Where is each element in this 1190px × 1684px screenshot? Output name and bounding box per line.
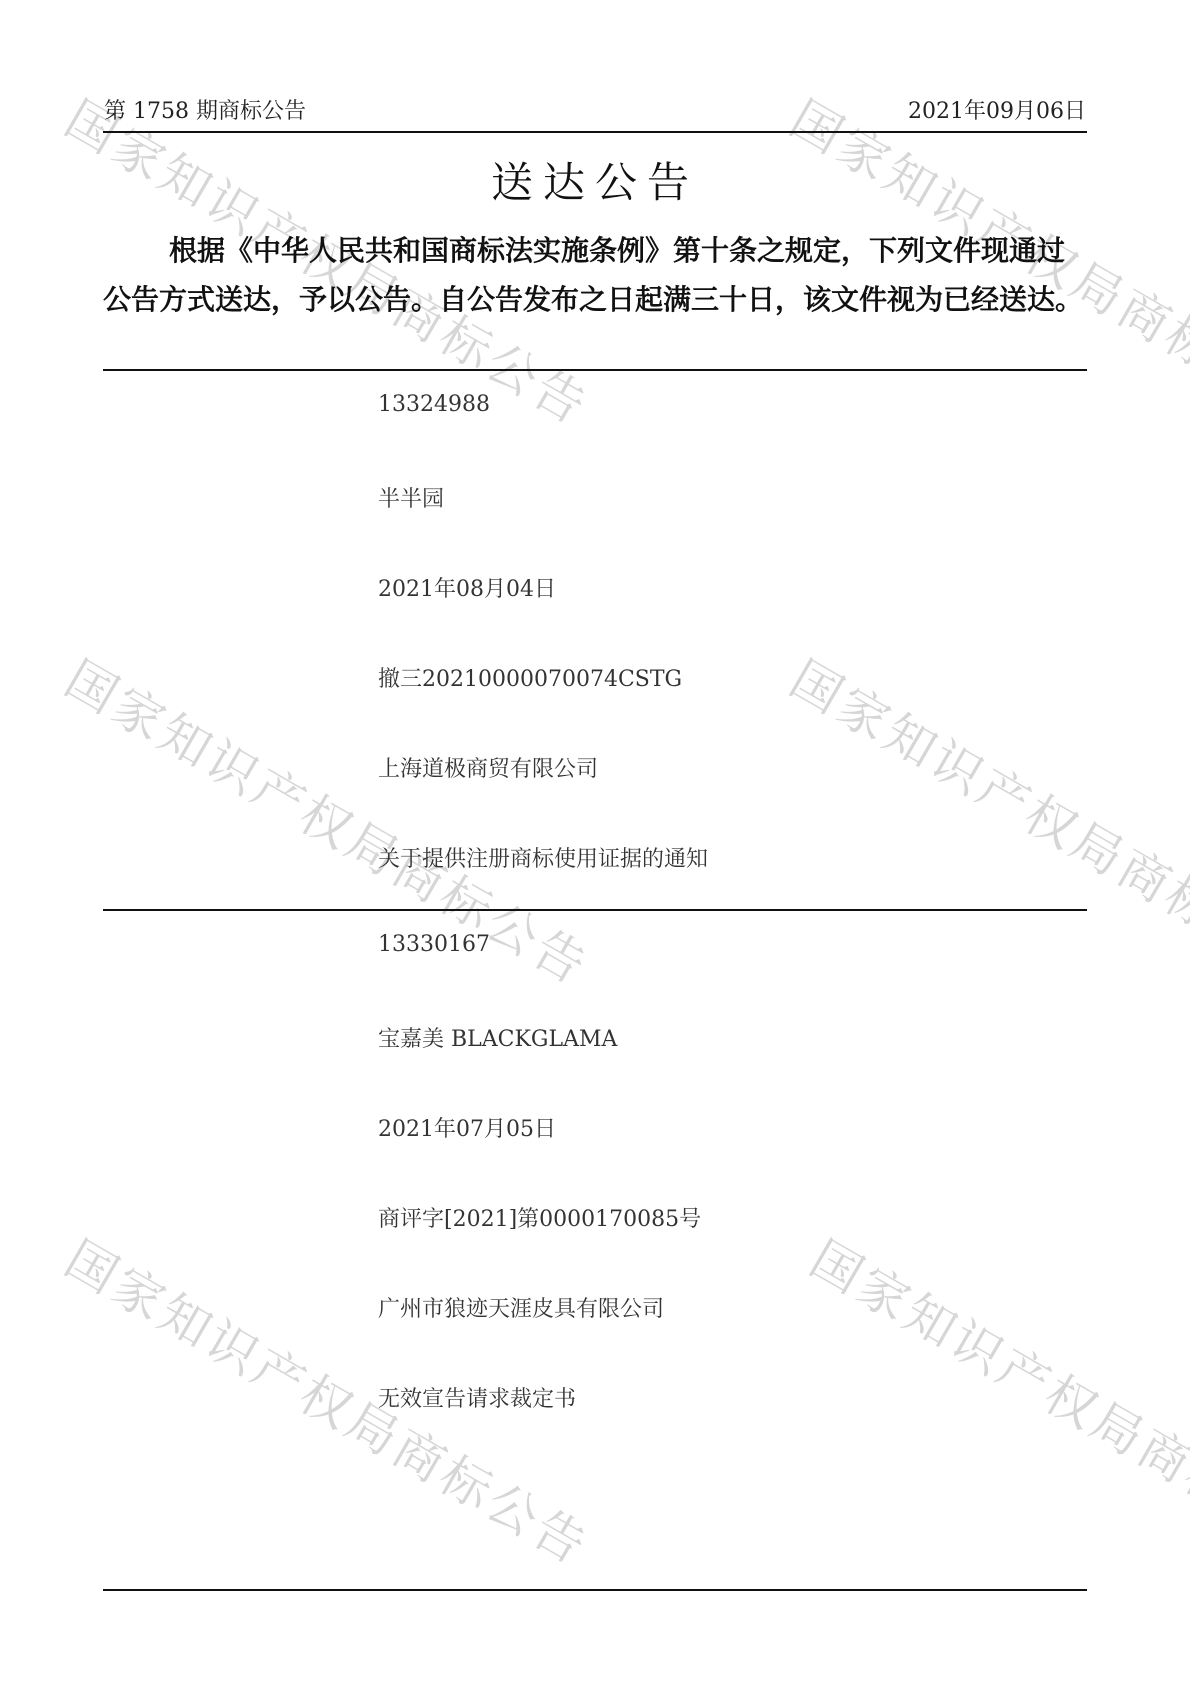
value: 无效宣告请求裁定书 — [378, 1382, 576, 1413]
watermark: 国家知识产权局商标公告 — [779, 640, 1190, 999]
value: 上海道极商贸有限公司 — [378, 752, 598, 783]
value: 关于提供注册商标使用证据的通知 — [378, 842, 708, 873]
value: 13330167 — [378, 932, 490, 957]
intro-paragraph: 根据《中华人民共和国商标法实施条例》第十条之规定，下列文件现通过公告方式送达，予… — [103, 226, 1087, 324]
header-rule — [103, 131, 1087, 133]
watermark: 国家知识产权局商标公告 — [799, 1220, 1190, 1579]
value: 2021年08月04日 — [378, 572, 556, 603]
value: 2021年07月05日 — [378, 1112, 556, 1143]
divider — [103, 369, 1087, 371]
value: 13324988 — [378, 392, 490, 417]
divider — [103, 909, 1087, 911]
publication-date: 2021年09月06日 — [908, 94, 1086, 125]
value: 撤三20210000070074CSTG — [378, 662, 682, 693]
watermark: 国家知识产权局商标公告 — [54, 640, 604, 999]
value: 广州市狼迹天涯皮具有限公司 — [378, 1292, 664, 1323]
page-title: 送达公告 — [0, 150, 1190, 210]
value: 宝嘉美 BLACKGLAMA — [378, 1022, 617, 1053]
footer-rule — [103, 1589, 1087, 1591]
value: 半半园 — [378, 482, 444, 513]
issue-number: 第 1758 期商标公告 — [104, 94, 306, 125]
value: 商评字[2021]第0000170085号 — [378, 1202, 701, 1233]
